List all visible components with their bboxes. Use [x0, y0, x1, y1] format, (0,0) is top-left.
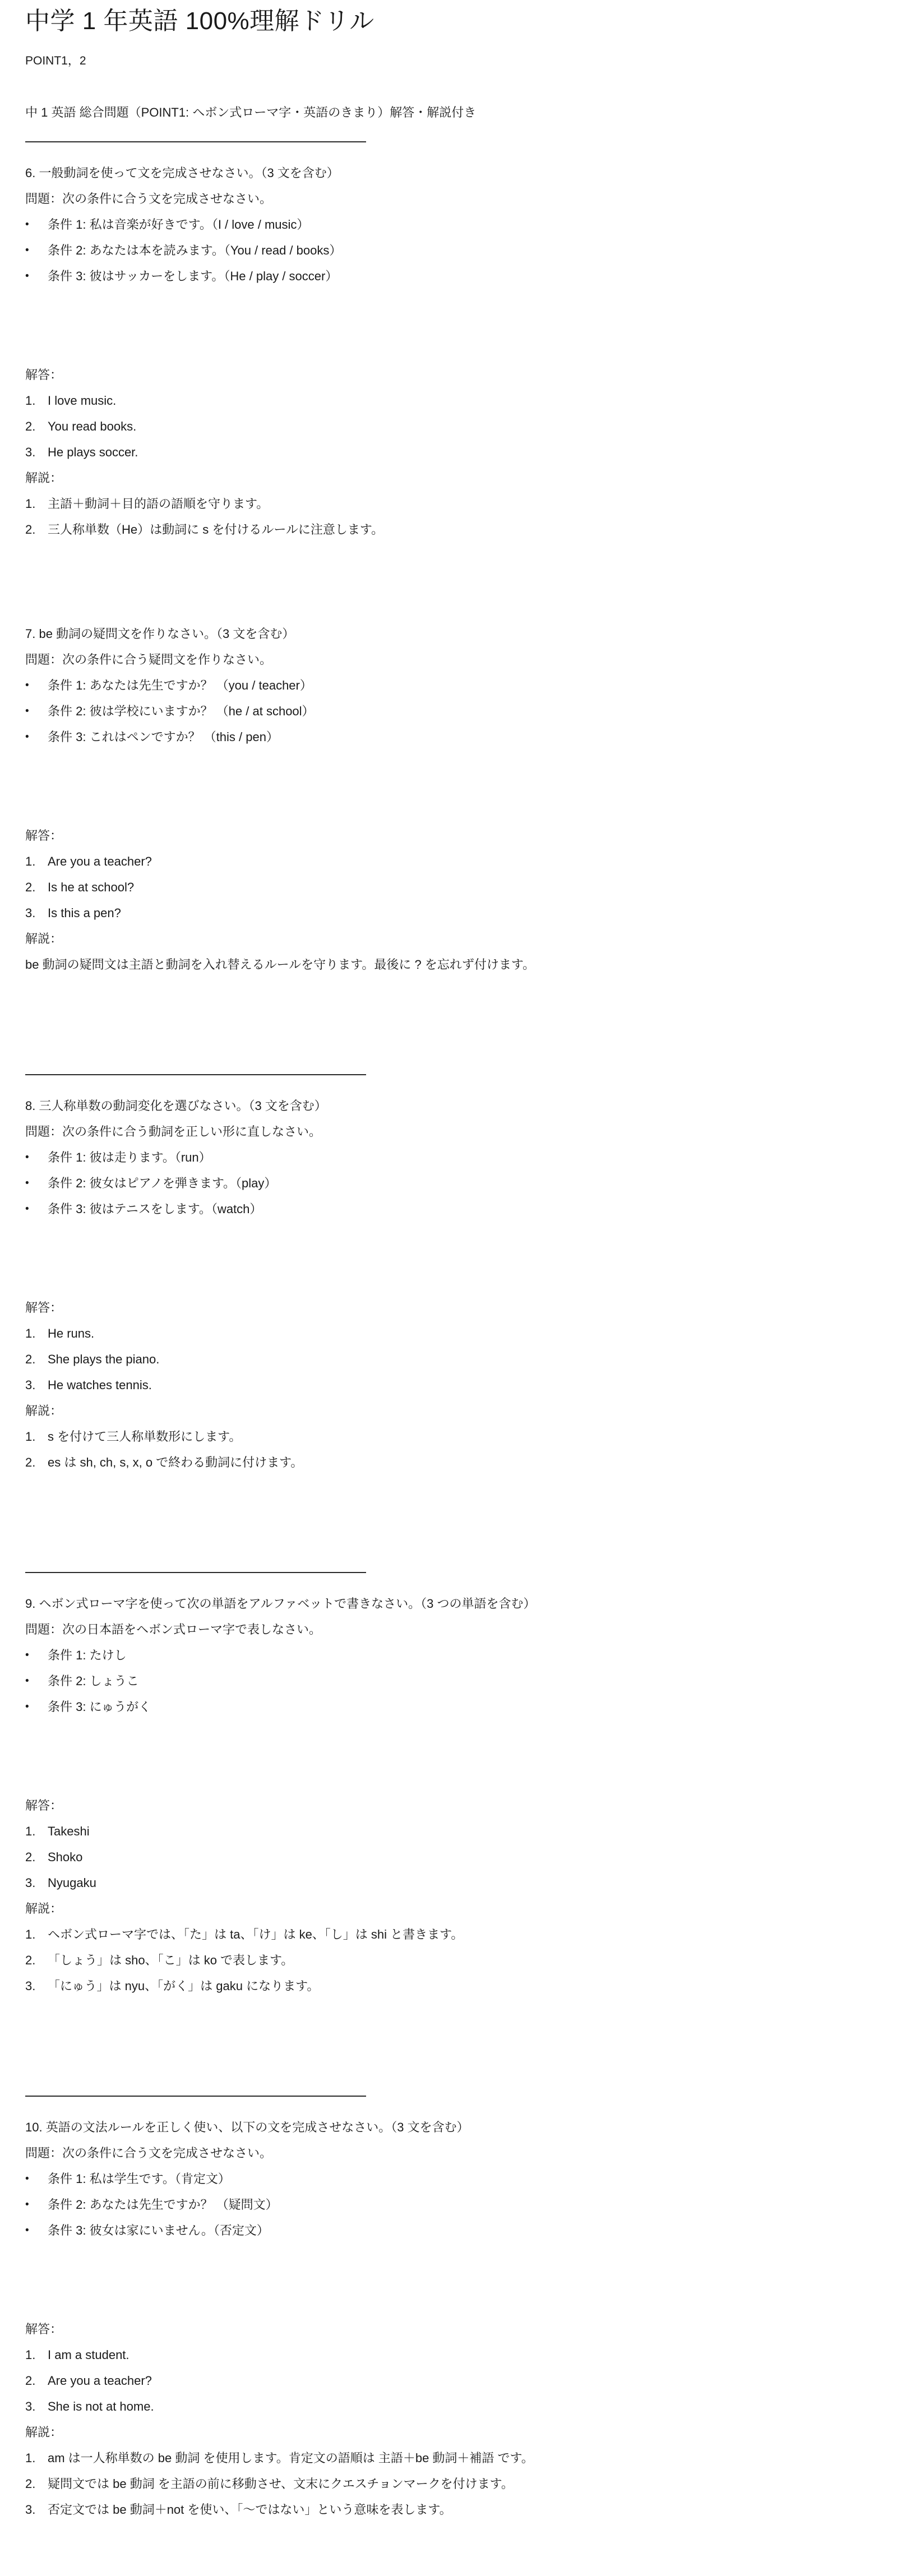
bullet-icon: • — [25, 1145, 48, 1171]
answer-text: Is this a pen? — [48, 900, 875, 926]
answer-number: 3. — [25, 440, 48, 465]
explanation-text: 否定文では be 動詞＋not を使い、「〜ではない」という意味を表します。 — [48, 2497, 875, 2523]
bullet-icon: • — [25, 1196, 48, 1222]
answer-text: Are you a teacher? — [48, 849, 875, 875]
condition-text: 条件 1: 私は学生です。（肯定文） — [48, 2166, 875, 2192]
answer-number: 3. — [25, 2394, 48, 2420]
section-9-heading: 9. ヘボン式ローマ字を使って次の単語をアルファベットで書きなさい。（3 つの単… — [25, 1591, 875, 1617]
answer-number: 3. — [25, 1372, 48, 1398]
section-divider — [25, 141, 366, 142]
answer-number: 2. — [25, 414, 48, 440]
answer-item: 2. Are you a teacher? — [25, 2368, 875, 2394]
page-title: 中学 1 年英語 100%理解ドリル — [25, 7, 875, 36]
section-divider — [25, 1074, 366, 1075]
explanation-text: am は一人称単数の be 動詞 を使用します。肯定文の語順は 主語＋be 動詞… — [48, 2445, 875, 2471]
answer-number: 2. — [25, 1347, 48, 1372]
condition-item: • 条件 3: 彼はサッカーをします。（He / play / soccer） — [25, 263, 875, 289]
answer-item: 1. Takeshi — [25, 1819, 875, 1844]
condition-text: 条件 1: 私は音楽が好きです。（I / love / music） — [48, 212, 875, 238]
answer-number: 2. — [25, 875, 48, 900]
answer-number: 1. — [25, 1321, 48, 1347]
explanation-item: 1. 主語＋動詞＋目的語の語順を守ります。 — [25, 491, 875, 517]
condition-item: • 条件 2: 彼女はピアノを弾きます。（play） — [25, 1171, 875, 1196]
condition-text: 条件 3: これはペンですか？ （this / pen） — [48, 724, 875, 750]
bullet-icon: • — [25, 2218, 48, 2244]
doc-subtitle: 中 1 英語 総合問題（POINT1: ヘボン式ローマ字・英語のきまり）解答・解… — [25, 104, 875, 121]
section-divider — [25, 1572, 366, 1573]
answer-item: 1. He runs. — [25, 1321, 875, 1347]
answer-item: 3. Nyugaku — [25, 1870, 875, 1896]
answer-item: 2. She plays the piano. — [25, 1347, 875, 1372]
explanation-number: 3. — [25, 2497, 48, 2523]
condition-text: 条件 2: あなたは先生ですか？ （疑問文） — [48, 2192, 875, 2218]
section-6-problem: 問題：次の条件に合う文を完成させなさい。 — [25, 186, 875, 212]
answer-number: 2. — [25, 1844, 48, 1870]
section-10-heading: 10. 英語の文法ルールを正しく使い、以下の文を完成させなさい。（3 文を含む） — [25, 2115, 875, 2140]
condition-text: 条件 3: にゅうがく — [48, 1694, 875, 1720]
answer-text: Are you a teacher? — [48, 2368, 875, 2394]
condition-text: 条件 2: 彼は学校にいますか？ （he / at school） — [48, 699, 875, 724]
explanation-number: 1. — [25, 491, 48, 517]
section-9: 9. ヘボン式ローマ字を使って次の単語をアルファベットで書きなさい。（3 つの単… — [25, 1591, 875, 1999]
explanation-text: 主語＋動詞＋目的語の語順を守ります。 — [48, 491, 875, 517]
condition-text: 条件 2: しょうこ — [48, 1668, 875, 1694]
condition-item: • 条件 2: 彼は学校にいますか？ （he / at school） — [25, 699, 875, 724]
explanation-number: 2. — [25, 1450, 48, 1476]
answer-item: 1. I am a student. — [25, 2342, 875, 2368]
condition-text: 条件 3: 彼はテニスをします。（watch） — [48, 1196, 875, 1222]
section-10: 10. 英語の文法ルールを正しく使い、以下の文を完成させなさい。（3 文を含む）… — [25, 2115, 875, 2523]
condition-item: • 条件 2: しょうこ — [25, 1668, 875, 1694]
condition-item: • 条件 2: あなたは先生ですか？ （疑問文） — [25, 2192, 875, 2218]
condition-text: 条件 1: 彼は走ります。（run） — [48, 1145, 875, 1171]
document-page: 中学 1 年英語 100%理解ドリル POINT1，2 中 1 英語 総合問題（… — [0, 0, 897, 2576]
explanation-label: 解説： — [25, 1896, 875, 1922]
answer-item: 2. Is he at school? — [25, 875, 875, 900]
explanation-text: be 動詞の疑問文は主語と動詞を入れ替えるルールを守ります。最後に ? を忘れず… — [25, 952, 875, 978]
section-7-heading: 7. be 動詞の疑問文を作りなさい。（3 文を含む） — [25, 621, 875, 647]
condition-text: 条件 3: 彼はサッカーをします。（He / play / soccer） — [48, 263, 875, 289]
bullet-icon: • — [25, 238, 48, 263]
bullet-icon: • — [25, 212, 48, 238]
explanation-number: 2. — [25, 517, 48, 543]
section-8: 8. 三人称単数の動詞変化を選びなさい。（3 文を含む） 問題：次の条件に合う動… — [25, 1093, 875, 1476]
section-8-heading: 8. 三人称単数の動詞変化を選びなさい。（3 文を含む） — [25, 1093, 875, 1119]
explanation-text: s を付けて三人称単数形にします。 — [48, 1424, 875, 1450]
explanation-number: 1. — [25, 1424, 48, 1450]
answer-label: 解答： — [25, 362, 875, 388]
answer-number: 3. — [25, 1870, 48, 1896]
answer-text: I am a student. — [48, 2342, 875, 2368]
answer-number: 1. — [25, 849, 48, 875]
answer-text: I love music. — [48, 388, 875, 414]
explanation-text: 「にゅう」は nyu、「がく」は gaku になります。 — [48, 1973, 875, 1999]
condition-text: 条件 2: あなたは本を読みます。（You / read / books） — [48, 238, 875, 263]
explanation-label: 解説： — [25, 465, 875, 491]
explanation-label: 解説： — [25, 926, 875, 952]
answer-item: 2. You read books. — [25, 414, 875, 440]
answer-text: You read books. — [48, 414, 875, 440]
answer-label: 解答： — [25, 1295, 875, 1321]
section-9-problem: 問題：次の日本語をヘボン式ローマ字で表しなさい。 — [25, 1617, 875, 1643]
answer-text: He plays soccer. — [48, 440, 875, 465]
bullet-icon: • — [25, 1668, 48, 1694]
explanation-item: 3. 「にゅう」は nyu、「がく」は gaku になります。 — [25, 1973, 875, 1999]
explanation-item: 3. 否定文では be 動詞＋not を使い、「〜ではない」という意味を表します… — [25, 2497, 875, 2523]
answer-label: 解答： — [25, 1793, 875, 1819]
answer-text: Nyugaku — [48, 1870, 875, 1896]
answer-item: 1. Are you a teacher? — [25, 849, 875, 875]
explanation-label: 解説： — [25, 2420, 875, 2445]
answer-text: She is not at home. — [48, 2394, 875, 2420]
answer-number: 1. — [25, 388, 48, 414]
answer-text: He watches tennis. — [48, 1372, 875, 1398]
explanation-text: 三人称単数（He）は動詞に s を付けるルールに注意します。 — [48, 517, 875, 543]
condition-item: • 条件 1: 私は学生です。（肯定文） — [25, 2166, 875, 2192]
answer-number: 1. — [25, 2342, 48, 2368]
answer-item: 3. He plays soccer. — [25, 440, 875, 465]
bullet-icon: • — [25, 1171, 48, 1196]
bullet-icon: • — [25, 263, 48, 289]
condition-text: 条件 2: 彼女はピアノを弾きます。（play） — [48, 1171, 875, 1196]
explanation-item: 1. am は一人称単数の be 動詞 を使用します。肯定文の語順は 主語＋be… — [25, 2445, 875, 2471]
explanation-item: 2. 疑問文では be 動詞 を主語の前に移動させ、文末にクエスチョンマークを付… — [25, 2471, 875, 2497]
bullet-icon: • — [25, 724, 48, 750]
section-divider — [25, 2096, 366, 2097]
answer-text: Shoko — [48, 1844, 875, 1870]
section-10-problem: 問題：次の条件に合う文を完成させなさい。 — [25, 2140, 875, 2166]
condition-item: • 条件 3: これはペンですか？ （this / pen） — [25, 724, 875, 750]
answer-number: 1. — [25, 1819, 48, 1844]
explanation-text: es は sh, ch, s, x, o で終わる動詞に付けます。 — [48, 1450, 875, 1476]
bullet-icon: • — [25, 1694, 48, 1720]
condition-item: • 条件 1: たけし — [25, 1643, 875, 1668]
section-6-heading: 6. 一般動詞を使って文を完成させなさい。（3 文を含む） — [25, 160, 875, 186]
section-6: 6. 一般動詞を使って文を完成させなさい。（3 文を含む） 問題：次の条件に合う… — [25, 160, 875, 543]
explanation-number: 2. — [25, 2471, 48, 2497]
section-8-problem: 問題：次の条件に合う動詞を正しい形に直しなさい。 — [25, 1119, 875, 1145]
answer-text: She plays the piano. — [48, 1347, 875, 1372]
condition-item: • 条件 3: 彼女は家にいません。（否定文） — [25, 2218, 875, 2244]
bullet-icon: • — [25, 699, 48, 724]
section-7-problem: 問題：次の条件に合う疑問文を作りなさい。 — [25, 647, 875, 673]
condition-item: • 条件 1: 彼は走ります。（run） — [25, 1145, 875, 1171]
bullet-icon: • — [25, 673, 48, 699]
condition-item: • 条件 3: 彼はテニスをします。（watch） — [25, 1196, 875, 1222]
bullet-icon: • — [25, 2166, 48, 2192]
explanation-number: 1. — [25, 1922, 48, 1948]
explanation-item: 2. es は sh, ch, s, x, o で終わる動詞に付けます。 — [25, 1450, 875, 1476]
explanation-item: 2. 「しょう」は sho、「こ」は ko で表します。 — [25, 1948, 875, 1973]
answer-item: 3. He watches tennis. — [25, 1372, 875, 1398]
explanation-text: 疑問文では be 動詞 を主語の前に移動させ、文末にクエスチョンマークを付けます… — [48, 2471, 875, 2497]
answer-item: 1. I love music. — [25, 388, 875, 414]
explanation-text: 「しょう」は sho、「こ」は ko で表します。 — [48, 1948, 875, 1973]
condition-text: 条件 1: たけし — [48, 1643, 875, 1668]
answer-label: 解答： — [25, 2316, 875, 2342]
condition-item: • 条件 3: にゅうがく — [25, 1694, 875, 1720]
answer-text: He runs. — [48, 1321, 875, 1347]
condition-text: 条件 1: あなたは先生ですか？ （you / teacher） — [48, 673, 875, 699]
condition-item: • 条件 1: あなたは先生ですか？ （you / teacher） — [25, 673, 875, 699]
explanation-number: 2. — [25, 1948, 48, 1973]
answer-number: 3. — [25, 900, 48, 926]
explanation-item: 2. 三人称単数（He）は動詞に s を付けるルールに注意します。 — [25, 517, 875, 543]
answer-text: Is he at school? — [48, 875, 875, 900]
section-7: 7. be 動詞の疑問文を作りなさい。（3 文を含む） 問題：次の条件に合う疑問… — [25, 621, 875, 978]
answer-text: Takeshi — [48, 1819, 875, 1844]
point-label: POINT1，2 — [25, 53, 875, 70]
explanation-item: 1. ヘボン式ローマ字では、「た」は ta、「け」は ke、「し」は shi と… — [25, 1922, 875, 1948]
answer-item: 3. She is not at home. — [25, 2394, 875, 2420]
condition-text: 条件 3: 彼女は家にいません。（否定文） — [48, 2218, 875, 2244]
answer-item: 3. Is this a pen? — [25, 900, 875, 926]
explanation-number: 1. — [25, 2445, 48, 2471]
bullet-icon: • — [25, 1643, 48, 1668]
answer-number: 2. — [25, 2368, 48, 2394]
explanation-number: 3. — [25, 1973, 48, 1999]
explanation-item: 1. s を付けて三人称単数形にします。 — [25, 1424, 875, 1450]
answer-item: 2. Shoko — [25, 1844, 875, 1870]
condition-item: • 条件 2: あなたは本を読みます。（You / read / books） — [25, 238, 875, 263]
bullet-icon: • — [25, 2192, 48, 2218]
condition-item: • 条件 1: 私は音楽が好きです。（I / love / music） — [25, 212, 875, 238]
explanation-text: ヘボン式ローマ字では、「た」は ta、「け」は ke、「し」は shi と書きま… — [48, 1922, 875, 1948]
answer-label: 解答： — [25, 823, 875, 849]
explanation-label: 解説： — [25, 1398, 875, 1424]
